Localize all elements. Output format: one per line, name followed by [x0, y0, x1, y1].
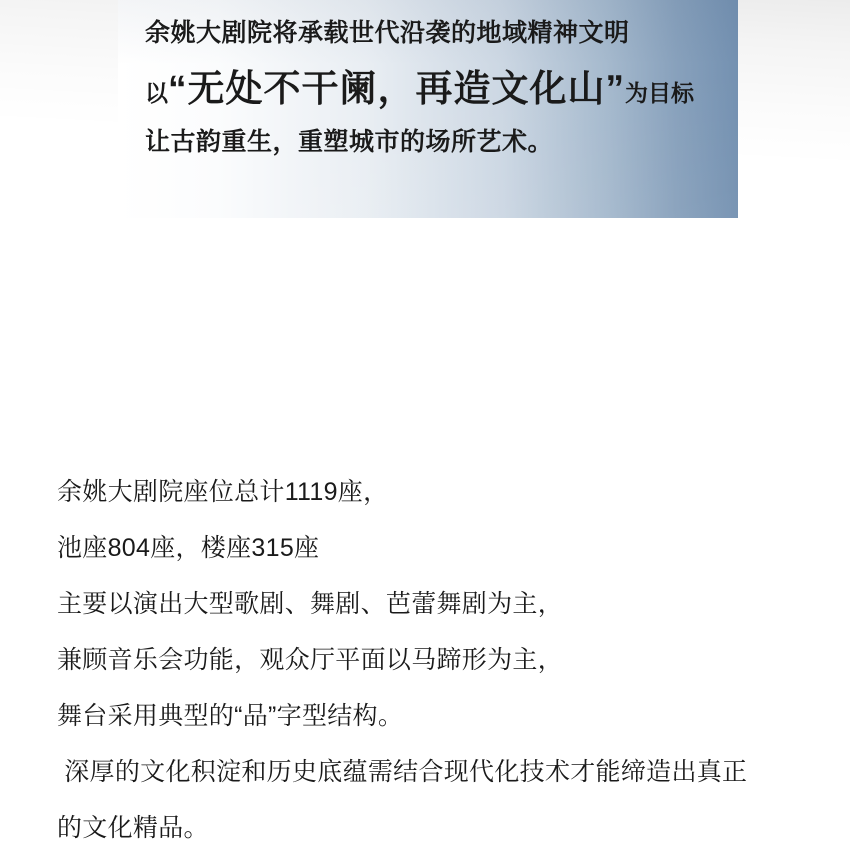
- body-text-line: 余姚大剧院座位总计1119座，: [57, 464, 837, 520]
- hero-slogan-quote: “无处不干阑，再造文化山”: [168, 68, 625, 109]
- body-text-line: 主要以演出大型歌剧、舞剧、芭蕾舞剧为主，: [57, 576, 837, 632]
- hero-tagline-text: 让古韵重生，重塑城市的场所艺术。: [145, 122, 553, 158]
- body-text-line: 舞台采用典型的“品”字型结构。: [57, 688, 837, 744]
- body-text-line: 兼顾音乐会功能，观众厅平面以马蹄形为主，: [57, 632, 837, 688]
- hero-slogan-line: 以“无处不干阑，再造文化山”为目标: [145, 58, 694, 112]
- body-text-line: 深厚的文化积淀和历史底蕴需结合现代化技术才能缔造出真正: [57, 744, 837, 800]
- body-text-line: 池座804座，楼座315座: [57, 520, 837, 576]
- hero-gradient-banner: 余姚大剧院将承载世代沿袭的地域精神文明 以“无处不干阑，再造文化山”为目标 让古…: [118, 0, 738, 218]
- hero-slogan-suffix: 为目标: [625, 80, 694, 106]
- body-text-line: 的文化精品。: [57, 800, 837, 856]
- description-paragraph: 余姚大剧院座位总计1119座， 池座804座，楼座315座 主要以演出大型歌剧、…: [57, 464, 837, 856]
- hero-intro-text: 余姚大剧院将承载世代沿袭的地域精神文明: [145, 13, 630, 49]
- slide-page: 余姚大剧院将承载世代沿袭的地域精神文明 以“无处不干阑，再造文化山”为目标 让古…: [0, 0, 850, 856]
- hero-slogan-prefix: 以: [145, 80, 168, 106]
